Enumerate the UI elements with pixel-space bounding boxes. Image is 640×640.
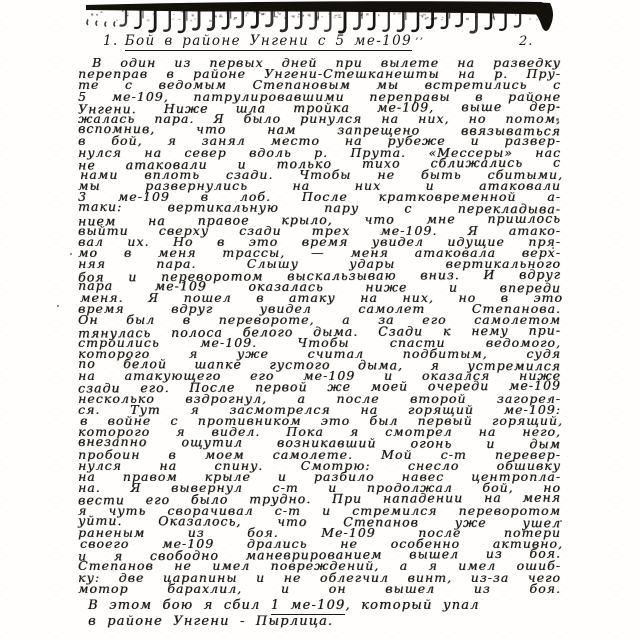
handwritten-line: сзади его. После первой же моей очереди … [78, 380, 561, 394]
handwritten-line: Унгени. Ниже шла тройка ме-109, выше дер… [78, 100, 561, 114]
closing-suffix: , который упал [345, 598, 479, 613]
heading-flourish: ’’ [415, 37, 424, 48]
handwritten-line: в войне с противником это был первый гор… [80, 415, 563, 426]
handwritten-line: нами вплоть сзади. Чтобы не быть сбитыми… [80, 169, 563, 180]
heading-index: 1. [103, 33, 119, 49]
closing-line-2: в районе Унгени - Пырлица. [88, 614, 558, 630]
scanned-manuscript-page: 1.Бой в районе Унгени с 5 ме-109’’ 2. В … [0, 0, 640, 640]
handwritten-line: вести его было трудно. При нападении на … [78, 492, 561, 506]
ink-speck [553, 430, 555, 432]
ink-speck [552, 247, 554, 249]
heading-title-underlined: Бой в районе Унгени с 5 ме-109 [125, 33, 412, 51]
closing-paragraph: В этом бою я сбил 1 ме-109, который упал… [88, 598, 558, 630]
handwritten-line: и я свободно маневрированием вышел из бо… [78, 548, 561, 562]
handwritten-line: мотор барахлил, и он вышел из боя. [78, 583, 561, 594]
handwritten-line: внезапно ощутил возникавший огонь и дым [78, 436, 561, 450]
ink-speck [100, 150, 102, 152]
ink-speck [556, 118, 559, 121]
handwritten-line: нием на правое крыло, что мне пришлось [78, 212, 561, 226]
manuscript-body: В один из первых дней при вылете на разв… [78, 57, 561, 594]
handwritten-line: уйти. Оказалось, что Степанов уже ушел [78, 514, 561, 528]
closing-victory-count-underlined: 1 ме-109 [271, 598, 346, 615]
handwritten-line: тянулась полоса белого дыма. Сзади к нем… [78, 324, 561, 338]
closing-prefix: В этом бою я сбил [88, 598, 271, 613]
ink-speck [57, 305, 59, 307]
page-heading: 1.Бой в районе Унгени с 5 ме-109’’ [103, 33, 424, 49]
handwritten-line: меня. Я пошел в атаку на них, но в это [80, 292, 563, 303]
handwritten-line: по белой шапке густого дыма, я устремилс… [78, 358, 561, 372]
handwritten-line: вспомнив, что нам запрещено ввязываться [78, 123, 561, 137]
ink-speck [548, 398, 551, 401]
ink-speck [70, 253, 72, 255]
closing-line-1: В этом бою я сбил 1 ме-109, который упал [88, 598, 558, 614]
ink-speck [560, 520, 562, 522]
page-number: 2. [519, 34, 533, 49]
